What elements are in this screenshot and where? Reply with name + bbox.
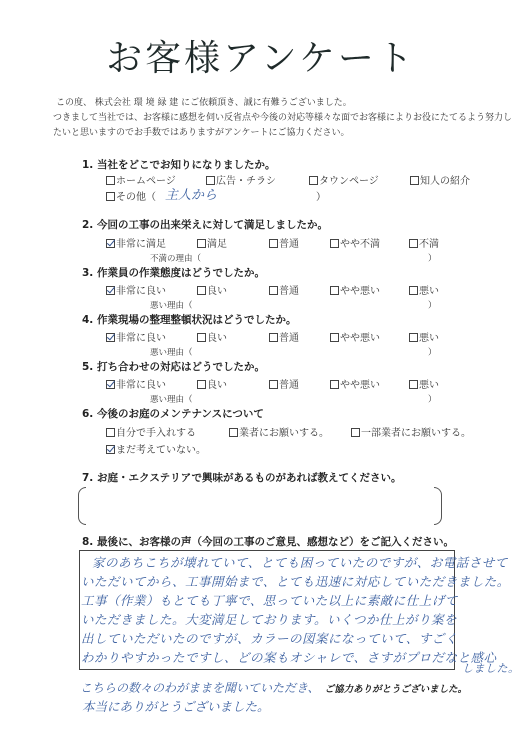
checkbox[interactable] xyxy=(106,428,115,437)
left-bracket xyxy=(78,487,86,525)
question-8-heading: 8. 最後に、お客様の声（今回の工事のご意見、感想など）をご記入ください。 xyxy=(82,534,454,549)
q4-option-good[interactable]: 良い xyxy=(197,329,227,344)
q8-answer-line-1: 家のあちこちが壊れていて、とても困っていたのですが、お電話させて xyxy=(92,553,508,571)
checkbox[interactable] xyxy=(409,380,418,389)
checkbox[interactable] xyxy=(269,333,278,342)
checkbox[interactable] xyxy=(197,286,206,295)
final-thanks-line: 本当にありがとうございました。 xyxy=(82,697,270,715)
question-text: 当社をどこでお知りになりましたか。 xyxy=(97,159,276,171)
q1-option-other[interactable]: その他（ xyxy=(106,188,156,203)
question-2-heading: 2. 今回の工事の出来栄えに対して満足しましたか。 xyxy=(82,217,328,232)
checkbox[interactable] xyxy=(409,286,418,295)
question-4-heading: 4. 作業現場の整理整頓状況はどうでしたか。 xyxy=(82,312,296,327)
intro-line-3: たいと思いますのでお手数ではありますがアンケートにご協力ください。 xyxy=(53,125,349,138)
question-5-heading: 5. 打ち合わせの対応はどうでしたか。 xyxy=(82,359,265,374)
closing-handwritten: こちらの数々のわがままを聞いていただき、 xyxy=(80,681,320,695)
question-7-heading: 7. お庭・エクステリアで興味があるものがあれば教えてください。 xyxy=(82,470,401,485)
q3-option-normal[interactable]: 普通 xyxy=(269,282,299,297)
q2-option-normal[interactable]: 普通 xyxy=(269,235,299,250)
checkbox[interactable] xyxy=(229,428,238,437)
closing-line: こちらの数々のわがままを聞いていただき、 ご協力ありがとうございました。 xyxy=(80,677,467,696)
q3-reason-close: ） xyxy=(428,299,437,311)
q3-option-very-good[interactable]: 非常に良い xyxy=(106,282,166,297)
q2-reason-close: ） xyxy=(428,252,437,264)
q5-option-bad[interactable]: 悪い xyxy=(409,376,439,391)
q8-answer-overflow: しました。 xyxy=(462,660,520,676)
checkbox[interactable] xyxy=(330,286,339,295)
q1-option-referral[interactable]: 知人の紹介 xyxy=(410,172,470,187)
q2-option-somewhat-dissatisfied[interactable]: やや不満 xyxy=(330,235,380,250)
checkbox-checked[interactable] xyxy=(106,333,115,342)
q4-option-very-good[interactable]: 非常に良い xyxy=(106,329,166,344)
q5-option-good[interactable]: 良い xyxy=(197,376,227,391)
q4-option-somewhat-bad[interactable]: やや悪い xyxy=(330,329,380,344)
q8-answer-line-5: 出していただいたのですが、カラーの図案になっていて、すごく xyxy=(81,629,458,647)
checkbox-checked[interactable] xyxy=(106,286,115,295)
q5-option-very-good[interactable]: 非常に良い xyxy=(106,376,166,391)
checkbox[interactable] xyxy=(106,192,115,201)
checkbox[interactable] xyxy=(330,333,339,342)
q5-reason-close: ） xyxy=(428,393,437,405)
right-bracket xyxy=(434,487,442,525)
page-title: お客様アンケート xyxy=(0,30,522,81)
checkbox-checked[interactable] xyxy=(106,380,115,389)
q7-answer-field[interactable] xyxy=(78,487,442,525)
question-number: 1. xyxy=(82,159,93,171)
checkbox[interactable] xyxy=(269,239,278,248)
checkbox[interactable] xyxy=(106,176,115,185)
q2-reason-label: 不満の理由（ xyxy=(150,252,201,264)
checkbox[interactable] xyxy=(409,333,418,342)
q3-reason-label: 悪い理由（ xyxy=(150,299,193,311)
q6-option-partial-contractor[interactable]: 一部業者にお願いする。 xyxy=(351,424,471,439)
q3-option-good[interactable]: 良い xyxy=(197,282,227,297)
q4-reason-label: 悪い理由（ xyxy=(150,346,193,358)
checkbox[interactable] xyxy=(269,380,278,389)
checkbox[interactable] xyxy=(351,428,360,437)
question-1-heading: 1. 当社をどこでお知りになりましたか。 xyxy=(82,157,275,172)
checkbox-checked[interactable] xyxy=(106,445,115,454)
q4-option-bad[interactable]: 悪い xyxy=(409,329,439,344)
q3-option-somewhat-bad[interactable]: やや悪い xyxy=(330,282,380,297)
q8-answer-line-3: 工事（作業）もとても丁寧で、思っていた以上に素敵に仕上げて xyxy=(81,591,458,609)
q6-option-contractor[interactable]: 業者にお願いする。 xyxy=(229,424,329,439)
q2-option-very-satisfied[interactable]: 非常に満足 xyxy=(106,235,166,250)
checkbox[interactable] xyxy=(197,380,206,389)
checkbox[interactable] xyxy=(197,239,206,248)
checkbox[interactable] xyxy=(197,333,206,342)
checkbox[interactable] xyxy=(410,176,419,185)
checkbox[interactable] xyxy=(330,239,339,248)
intro-line-1: この度、 株式会社 環 境 緑 建 にご依頼頂き、誠に有難うございました。 xyxy=(56,95,352,108)
question-3-heading: 3. 作業員の作業態度はどうでしたか。 xyxy=(82,265,265,280)
checkbox[interactable] xyxy=(269,286,278,295)
q1-other-answer[interactable]: 主人から xyxy=(165,184,217,203)
q6-option-undecided[interactable]: まだ考えていない。 xyxy=(106,441,206,456)
q4-reason-close: ） xyxy=(428,346,437,358)
checkbox[interactable] xyxy=(409,239,418,248)
q6-option-self[interactable]: 自分で手入れする xyxy=(106,424,196,439)
q4-option-normal[interactable]: 普通 xyxy=(269,329,299,344)
q1-option-town-page[interactable]: タウンページ xyxy=(309,172,379,187)
q8-answer-line-2: いただいてから、工事開始まで、とても迅速に対応していただきました。 xyxy=(81,572,510,590)
checkbox[interactable] xyxy=(330,380,339,389)
closing-printed: ご協力ありがとうございました。 xyxy=(325,684,468,695)
checkbox[interactable] xyxy=(309,176,318,185)
q8-answer-line-6: わかりやすかったですし、どの案もオシャレで、さすがプロだなと感心 xyxy=(81,648,497,666)
q2-option-dissatisfied[interactable]: 不満 xyxy=(409,235,439,250)
q5-option-normal[interactable]: 普通 xyxy=(269,376,299,391)
q2-option-satisfied[interactable]: 満足 xyxy=(197,235,227,250)
q5-reason-label: 悪い理由（ xyxy=(150,393,193,405)
q8-answer-line-4: いただきました。大変満足しております。いくつか仕上がり案を xyxy=(81,610,457,628)
intro-line-2: つきまして当社では、お客様に感想を伺い反省点や今後の対応等様々な面でお客様により… xyxy=(53,110,512,123)
q1-other-close: ） xyxy=(316,188,326,203)
checkbox-checked[interactable] xyxy=(106,239,115,248)
q5-option-somewhat-bad[interactable]: やや悪い xyxy=(330,376,380,391)
question-6-heading: 6. 今後のお庭のメンテナンスについて xyxy=(82,406,264,421)
q3-option-bad[interactable]: 悪い xyxy=(409,282,439,297)
